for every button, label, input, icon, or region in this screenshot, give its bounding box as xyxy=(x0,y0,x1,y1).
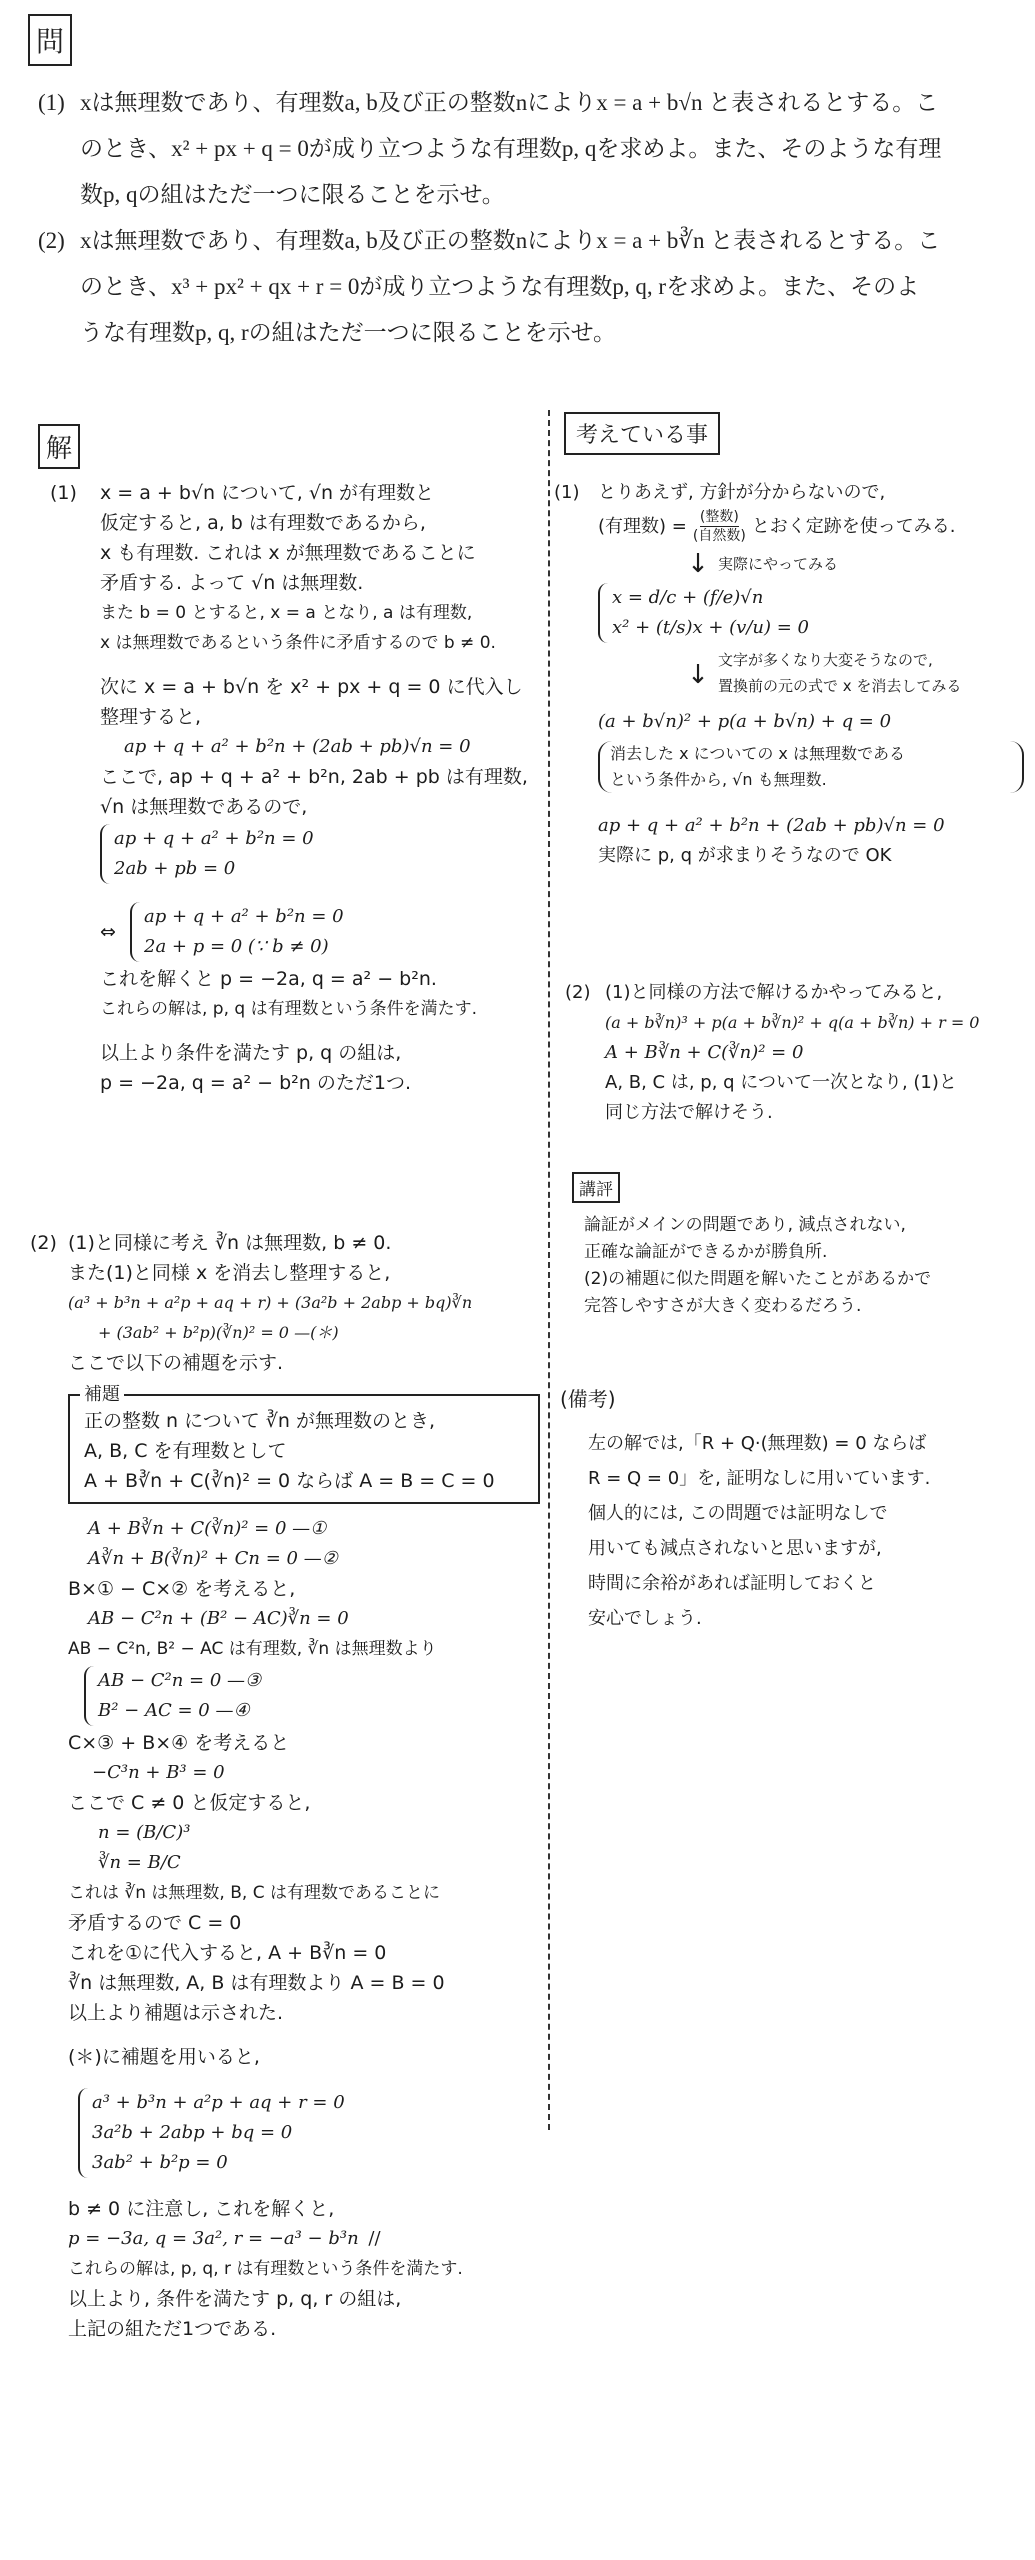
lemma-line: 正の整数 n について ∛n が無理数のとき, xyxy=(84,1406,524,1436)
part-number: (1) xyxy=(50,478,100,1098)
arrow-note: 実際にやってみる xyxy=(718,549,838,579)
equation: n = (B/C)³ xyxy=(68,1818,540,1848)
solution-line: 次に x = a + b√n を x² + px + q = 0 に代入し xyxy=(100,672,540,702)
lemma-title: 補題 xyxy=(80,1380,124,1410)
lemma-line: A + B∛n + C(∛n)² = 0 ならば A = B = C = 0 xyxy=(84,1466,524,1496)
thought-line: 同じ方法で解けそう. xyxy=(605,1098,1025,1128)
thoughts-part1: (1) とりあえず, 方針が分からないので, (有理数) = (整数) (自然数… xyxy=(554,478,1024,871)
equation: AB − C²n = 0 —③ xyxy=(98,1666,261,1696)
solution-line: B×① − C×② を考えると, xyxy=(68,1574,540,1604)
question-label: 問 xyxy=(28,14,72,66)
review-line: 論証がメインの問題であり, 減点されない, xyxy=(584,1212,1024,1239)
remark-line: 左の解では,「R + Q·(無理数) = 0 ならば xyxy=(588,1426,1018,1461)
solution-line: C×③ + B×④ を考えると xyxy=(68,1728,540,1758)
arrow-step: ↓ 実際にやってみる xyxy=(678,549,1024,579)
equation-system: x = d/c + (f/e)√n x² + (t/s)x + (v/u) = … xyxy=(598,583,1024,643)
solution-label: 解 xyxy=(38,424,80,469)
equation: (a + b∛n)³ + p(a + b∛n)² + q(a + b∛n) + … xyxy=(605,1008,1025,1038)
note-line: 消去した x についての x は無理数である xyxy=(610,741,1012,767)
solution-line: 矛盾する. よって √n は無理数. xyxy=(100,568,540,598)
equation: −C³n + B³ = 0 xyxy=(68,1758,540,1788)
review-label: 講評 xyxy=(572,1172,620,1203)
equivalence-symbol: ⇔ xyxy=(100,917,130,947)
review-line: (2)の補題に似た問題を解いたことがあるかで xyxy=(584,1266,1024,1293)
fraction: (整数) (自然数) xyxy=(693,508,746,545)
fraction-denominator: (自然数) xyxy=(693,527,746,545)
equation: 3ab² + b²p = 0 xyxy=(92,2148,345,2178)
answer-text: p = −3a, q = 3a², r = −a³ − b³n xyxy=(68,2228,359,2249)
remark-line: 安心でしょう. xyxy=(588,1601,1018,1636)
equation: 3a²b + 2abp + bq = 0 xyxy=(92,2118,345,2148)
final-answer: p = −3a, q = 3a², r = −a³ − b³n // xyxy=(68,2224,540,2254)
arrow-down-icon: ↓ xyxy=(678,647,718,703)
equation: 2a + p = 0 (∵ b ≠ 0) xyxy=(144,932,344,962)
equation-system: AB − C²n = 0 —③ B² − AC = 0 —④ xyxy=(84,1666,540,1726)
solution-part1: (1) x = a + b√n について, √n が有理数と 仮定すると, a,… xyxy=(50,478,540,1098)
rational-number-definition: (有理数) = (整数) (自然数) とおく定跡を使ってみる. xyxy=(598,508,1024,545)
solution-line: 以上より条件を満たす p, q の組は, xyxy=(100,1038,540,1068)
solution-line: x = a + b√n について, √n が有理数と xyxy=(100,478,540,508)
solution-part2: (2) (1)と同様に考え ∛n は無理数, b ≠ 0. また(1)と同様 x… xyxy=(30,1228,540,2344)
review-section: 論証がメインの問題であり, 減点されない, 正確な論証ができるかが勝負所. (2… xyxy=(584,1212,1024,1320)
question-item-1: (1) xは無理数であり、有理数a, b及び正の整数nによりx = a + b√… xyxy=(38,80,1008,218)
equation: A + B∛n + C(∛n)² = 0 —① xyxy=(68,1514,540,1544)
equation: (a + b√n)² + p(a + b√n) + q = 0 xyxy=(598,707,1024,737)
question-line: xは無理数であり、有理数a, b及び正の整数nによりx = a + b√n と表… xyxy=(80,80,1008,126)
solution-line: 上記の組ただ1つである. xyxy=(68,2314,540,2344)
solution-line: p = −2a, q = a² − b²n のただ1つ. xyxy=(100,1068,540,1098)
solution-line: b ≠ 0 に注意し, これを解くと, xyxy=(68,2194,540,2224)
column-divider xyxy=(548,410,550,2130)
solution-line: 矛盾するので C = 0 xyxy=(68,1908,540,1938)
fraction-numerator: (整数) xyxy=(700,508,739,527)
equation-star: + (3ab² + b²p)(∛n)² = 0 —(＊) xyxy=(68,1318,540,1348)
arrow-note: 置換前の元の式で x を消去してみる xyxy=(718,673,961,699)
equation: AB − C²n + (B² − AC)∛n = 0 xyxy=(68,1604,540,1634)
equation: ap + q + a² + b²n + (2ab + pb)√n = 0 xyxy=(598,811,1024,841)
question-line: のとき、x² + px + q = 0が成り立つような有理数p, qを求めよ。ま… xyxy=(80,126,1008,172)
remarks-label: (備考) xyxy=(560,1384,616,1414)
arrow-step: ↓ 文字が多くなり大変そうなので, 置換前の元の式で x を消去してみる xyxy=(678,647,1024,703)
question-line: xは無理数であり、有理数a, b及び正の整数nによりx = a + b∛n と表… xyxy=(80,218,1008,264)
solution-line: (＊)に補題を用いると, xyxy=(68,2042,540,2072)
remark-line: 用いても減点されないと思いますが, xyxy=(588,1531,1018,1566)
solution-line: これらの解は, p, q は有理数という条件を満たす. xyxy=(100,994,540,1024)
equation-system: a³ + b³n + a²p + aq + r = 0 3a²b + 2abp … xyxy=(78,2088,540,2178)
part-number: (2) xyxy=(30,1228,68,2344)
equation: a³ + b³n + a²p + aq + r = 0 xyxy=(92,2088,345,2118)
solution-line: ここで, ap + q + a² + b²n, 2ab + pb は有理数, xyxy=(100,762,540,792)
thought-text: (有理数) = xyxy=(598,512,687,542)
equation: A + B∛n + C(∛n)² = 0 xyxy=(605,1038,1025,1068)
review-line: 完答しやすさが大きく変わるだろう. xyxy=(584,1293,1024,1320)
solution-line: また b = 0 とすると, x = a となり, a は有理数, xyxy=(100,598,540,628)
solution-line: これは ∛n は無理数, B, C は有理数であることに xyxy=(68,1878,540,1908)
part-number: (2) xyxy=(565,978,605,1128)
note-line: という条件から, √n も無理数. xyxy=(610,767,1012,793)
remark-line: 時間に余裕があれば証明しておくと xyxy=(588,1566,1018,1601)
remark-line: 個人的には, この問題では証明なしで xyxy=(588,1496,1018,1531)
thought-line: 実際に p, q が求まりそうなので OK xyxy=(598,841,1024,871)
solution-line: AB − C²n, B² − AC は有理数, ∛n は無理数より xyxy=(68,1634,540,1664)
thoughts-part2: (2) (1)と同様の方法で解けるかやってみると, (a + b∛n)³ + p… xyxy=(565,978,1025,1128)
equation-system: ap + q + a² + b²n = 0 2ab + pb = 0 xyxy=(100,824,540,884)
equation: A∛n + B(∛n)² + Cn = 0 —② xyxy=(68,1544,540,1574)
end-mark: // xyxy=(368,2228,380,2249)
solution-line: 仮定すると, a, b は有理数であるから, xyxy=(100,508,540,538)
solution-line: 以上より, 条件を満たす p, q, r の組は, xyxy=(68,2284,540,2314)
part-number: (1) xyxy=(554,478,598,871)
question-line: うな有理数p, q, rの組はただ一つに限ることを示せ。 xyxy=(80,310,1008,356)
equation-system-equivalent: ⇔ ap + q + a² + b²n = 0 2a + p = 0 (∵ b … xyxy=(100,902,540,962)
question-number: (2) xyxy=(38,218,80,356)
solution-line: また(1)と同様 x を消去し整理すると, xyxy=(68,1258,540,1288)
solution-line: ここで以下の補題を示す. xyxy=(68,1348,540,1378)
solution-line: これを①に代入すると, A + B∛n = 0 xyxy=(68,1938,540,1968)
arrow-down-icon: ↓ xyxy=(678,549,718,579)
equation: 2ab + pb = 0 xyxy=(114,854,314,884)
solution-line: x も有理数. これは x が無理数であることに xyxy=(100,538,540,568)
equation: ap + q + a² + b²n = 0 xyxy=(114,824,314,854)
question-line: のとき、x³ + px² + qx + r = 0が成り立つような有理数p, q… xyxy=(80,264,1008,310)
equation: ∛n = B/C xyxy=(68,1848,540,1878)
equation: ap + q + a² + b²n = 0 xyxy=(144,902,344,932)
thought-line: とりあえず, 方針が分からないので, xyxy=(598,478,1024,508)
solution-line: ∛n は無理数, A, B は有理数より A = B = 0 xyxy=(68,1968,540,1998)
parenthetical-note: 消去した x についての x は無理数である という条件から, √n も無理数. xyxy=(598,741,1024,793)
remarks-section: 左の解では,「R + Q·(無理数) = 0 ならば R = Q = 0」を, … xyxy=(588,1426,1018,1636)
solution-line: 整理すると, xyxy=(100,702,540,732)
review-line: 正確な論証ができるかが勝負所. xyxy=(584,1239,1024,1266)
lemma-box: 補題 正の整数 n について ∛n が無理数のとき, A, B, C を有理数と… xyxy=(68,1394,540,1504)
equation: ap + q + a² + b²n + (2ab + pb)√n = 0 xyxy=(100,732,540,762)
thought-line: (1)と同様の方法で解けるかやってみると, xyxy=(605,978,1025,1008)
question-line: 数p, qの組はただ一つに限ることを示せ。 xyxy=(80,172,1008,218)
equation: x = d/c + (f/e)√n xyxy=(612,583,809,613)
equation: B² − AC = 0 —④ xyxy=(98,1696,261,1726)
thoughts-label: 考えている事 xyxy=(564,412,720,455)
solution-line: (1)と同様に考え ∛n は無理数, b ≠ 0. xyxy=(68,1228,540,1258)
equation: x² + (t/s)x + (v/u) = 0 xyxy=(612,613,809,643)
thought-line: A, B, C は, p, q について一次となり, (1)と xyxy=(605,1068,1025,1098)
solution-line: √n は無理数であるので, xyxy=(100,792,540,822)
lemma-line: A, B, C を有理数として xyxy=(84,1436,524,1466)
remark-line: R = Q = 0」を, 証明なしに用いています. xyxy=(588,1461,1018,1496)
question-item-2: (2) xは無理数であり、有理数a, b及び正の整数nによりx = a + b∛… xyxy=(38,218,1008,356)
arrow-note: 文字が多くなり大変そうなので, xyxy=(718,647,961,673)
solution-line: 以上より補題は示された. xyxy=(68,1998,540,2028)
solution-line: これらの解は, p, q, r は有理数という条件を満たす. xyxy=(68,2254,540,2284)
solution-line: x は無理数であるという条件に矛盾するので b ≠ 0. xyxy=(100,628,540,658)
question-number: (1) xyxy=(38,80,80,218)
equation: (a³ + b³n + a²p + aq + r) + (3a²b + 2abp… xyxy=(68,1288,540,1318)
thought-text: とおく定跡を使ってみる. xyxy=(752,512,956,542)
solution-line: これを解くと p = −2a, q = a² − b²n. xyxy=(100,964,540,994)
question-section: (1) xは無理数であり、有理数a, b及び正の整数nによりx = a + b√… xyxy=(38,80,1008,356)
solution-line: ここで C ≠ 0 と仮定すると, xyxy=(68,1788,540,1818)
